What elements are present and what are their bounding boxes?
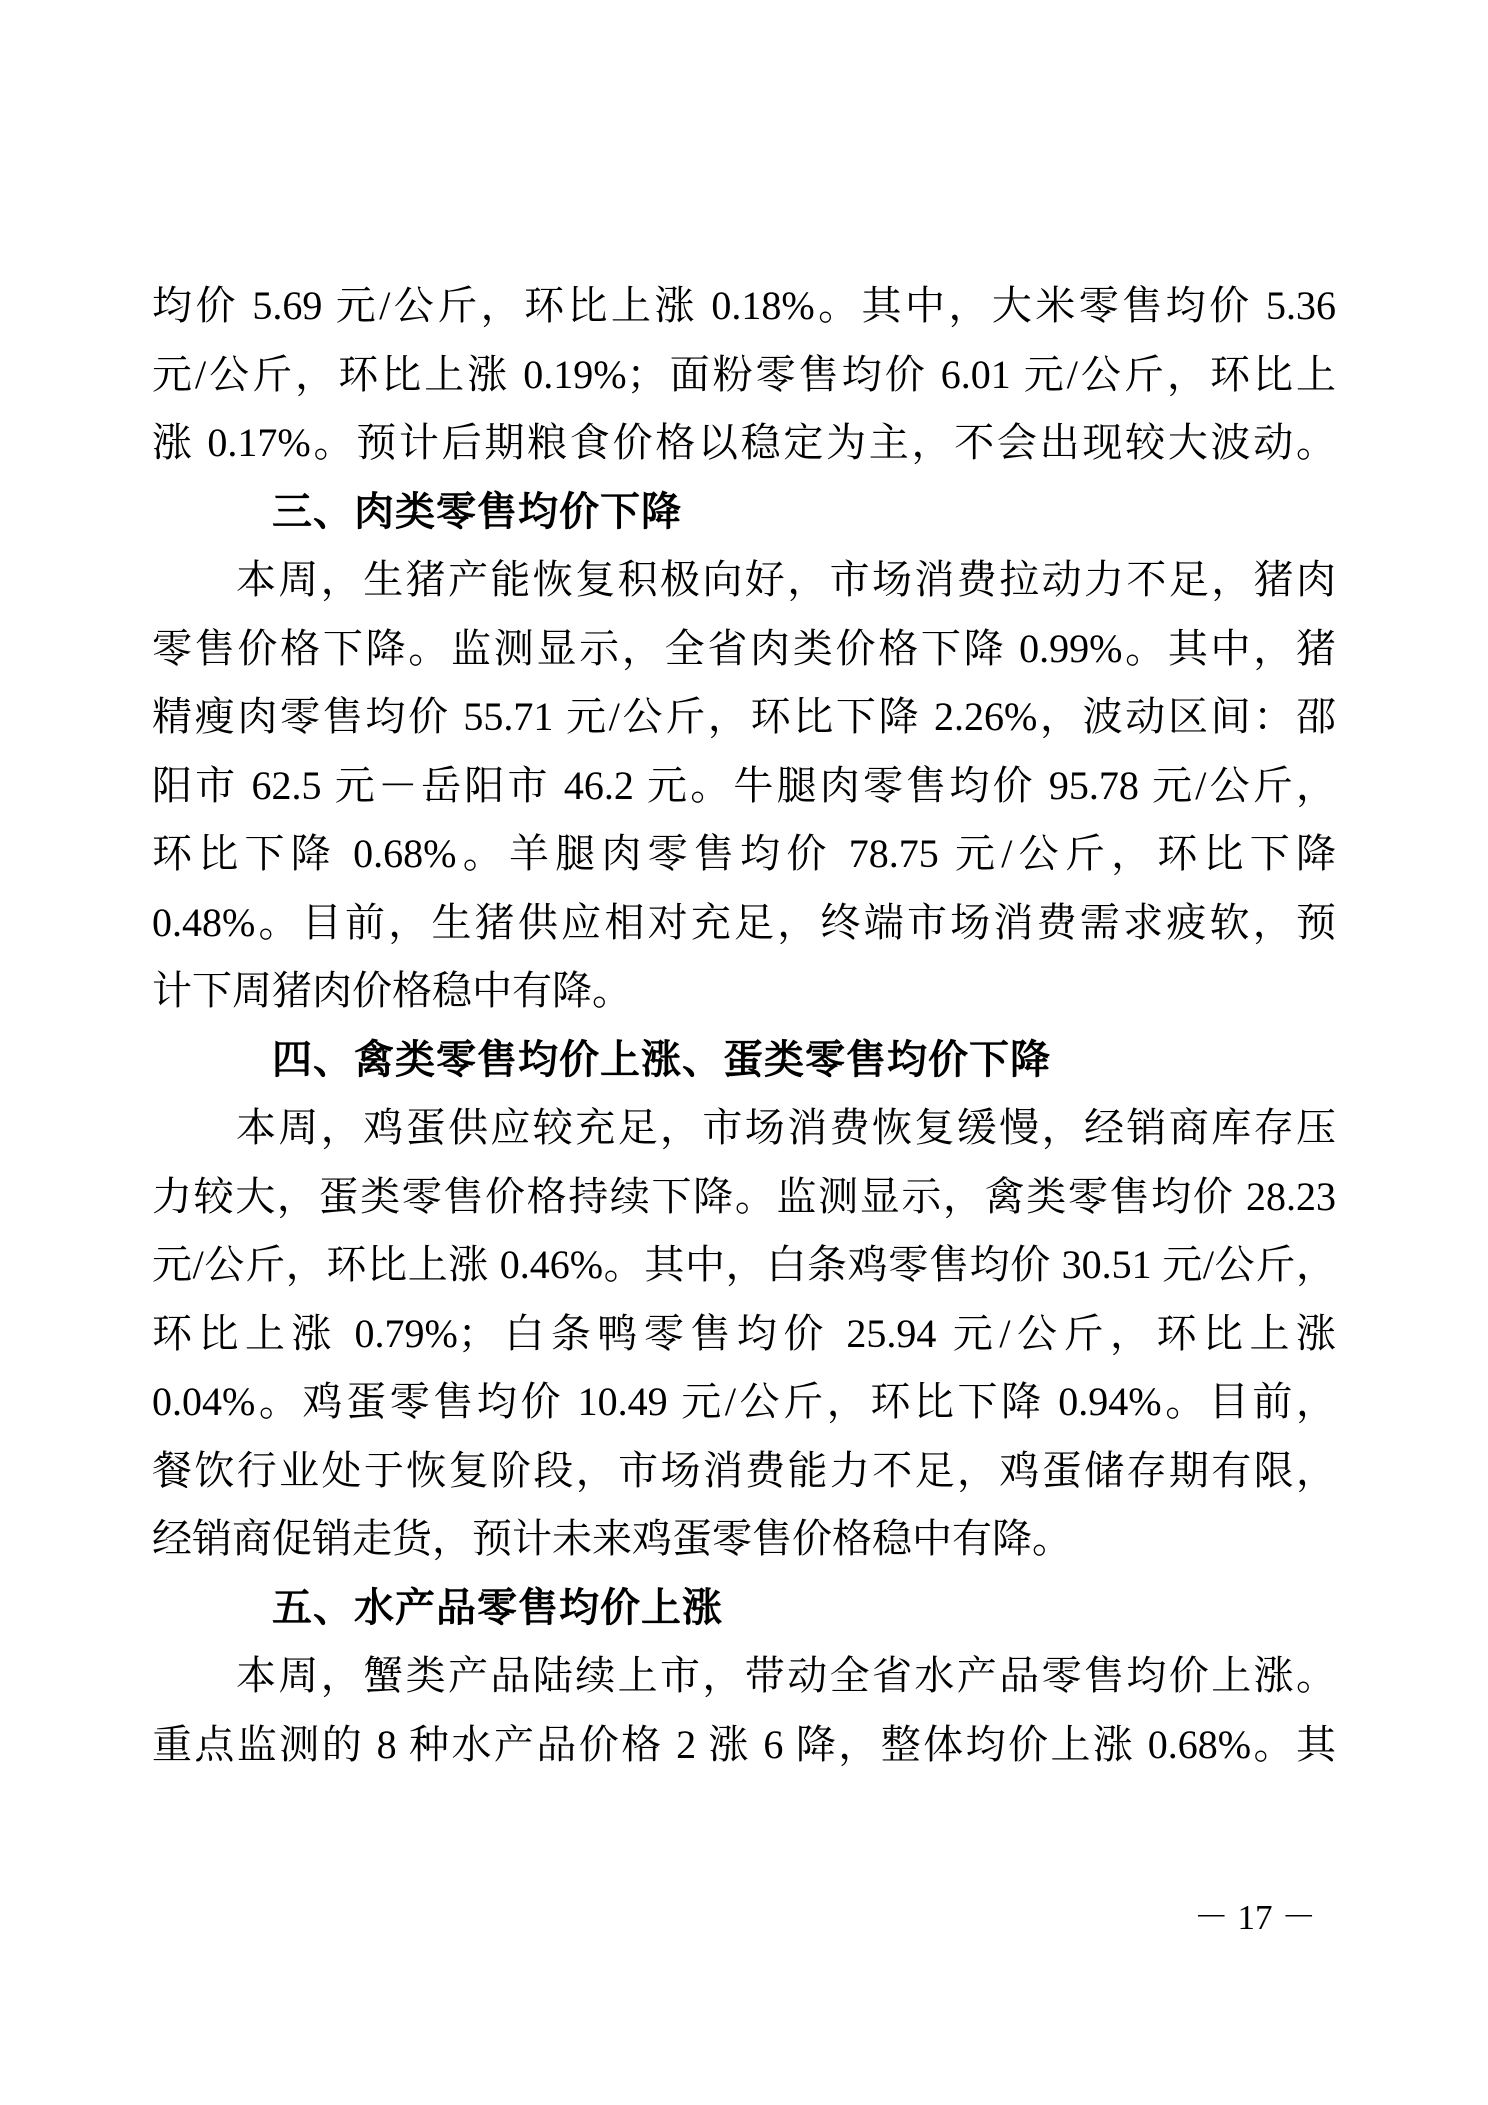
text-line-meat-price-paragraph: 阳市 62.5 元－岳阳市 46.2 元。牛腿肉零售均价 95.78 元/公斤， (152, 752, 1336, 821)
document-page: 均价 5.69 元/公斤，环比上涨 0.18%。其中，大米零售均价 5.36元/… (0, 0, 1488, 2105)
text-line-grain-price-paragraph-continued: 涨 0.17%。预计后期粮食价格以稳定为主，不会出现较大波动。 (152, 409, 1336, 478)
section-4-heading: 四、禽类零售均价上涨、蛋类零售均价下降 (152, 1026, 1456, 1095)
text-line-aquatic-price-paragraph: 本周，蟹类产品陆续上市，带动全省水产品零售均价上涨。 (152, 1642, 1336, 1711)
text-line-meat-price-paragraph: 零售价格下降。监测显示，全省肉类价格下降 0.99%。其中，猪 (152, 615, 1336, 684)
section-5-heading: 五、水产品零售均价上涨 (152, 1574, 1456, 1643)
text-line-meat-price-paragraph: 0.48%。目前，生猪供应相对充足，终端市场消费需求疲软，预 (152, 889, 1336, 958)
text-line-grain-price-paragraph-continued: 元/公斤，环比上涨 0.19%；面粉零售均价 6.01 元/公斤，环比上 (152, 341, 1336, 410)
text-line-poultry-egg-price-paragraph: 环比上涨 0.79%；白条鸭零售均价 25.94 元/公斤，环比上涨 (152, 1300, 1336, 1369)
text-line-grain-price-paragraph-continued: 均价 5.69 元/公斤，环比上涨 0.18%。其中，大米零售均价 5.36 (152, 272, 1336, 341)
text-line-poultry-egg-price-paragraph: 元/公斤，环比上涨 0.46%。其中，白条鸡零售均价 30.51 元/公斤， (152, 1231, 1336, 1300)
text-line-poultry-egg-price-paragraph: 餐饮行业处于恢复阶段，市场消费能力不足，鸡蛋储存期有限， (152, 1437, 1336, 1506)
text-line-meat-price-paragraph: 本周，生猪产能恢复积极向好，市场消费拉动力不足，猪肉 (152, 546, 1336, 615)
page-number: － 17 － (1145, 1896, 1365, 1940)
text-line-poultry-egg-price-paragraph: 经销商促销走货，预计未来鸡蛋零售价格稳中有降。 (152, 1505, 1336, 1574)
text-line-meat-price-paragraph: 环比下降 0.68%。羊腿肉零售均价 78.75 元/公斤，环比下降 (152, 820, 1336, 889)
text-line-poultry-egg-price-paragraph: 0.04%。鸡蛋零售均价 10.49 元/公斤，环比下降 0.94%。目前， (152, 1368, 1336, 1437)
text-line-aquatic-price-paragraph: 重点监测的 8 种水产品价格 2 涨 6 降，整体均价上涨 0.68%。其 (152, 1711, 1336, 1780)
text-line-poultry-egg-price-paragraph: 本周，鸡蛋供应较充足，市场消费恢复缓慢，经销商库存压 (152, 1094, 1336, 1163)
document-body: 均价 5.69 元/公斤，环比上涨 0.18%。其中，大米零售均价 5.36元/… (152, 272, 1336, 1779)
section-3-heading: 三、肉类零售均价下降 (152, 478, 1456, 547)
text-line-meat-price-paragraph: 精瘦肉零售均价 55.71 元/公斤，环比下降 2.26%，波动区间：邵 (152, 683, 1336, 752)
text-line-poultry-egg-price-paragraph: 力较大，蛋类零售价格持续下降。监测显示，禽类零售均价 28.23 (152, 1163, 1336, 1232)
text-line-meat-price-paragraph: 计下周猪肉价格稳中有降。 (152, 957, 1336, 1026)
